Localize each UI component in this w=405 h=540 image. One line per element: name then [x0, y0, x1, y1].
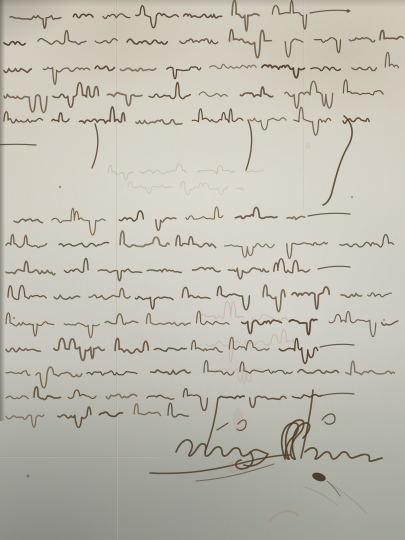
- signature-right: (illegible flourished signature with tri…: [282, 420, 382, 461]
- paragraph-1-line: …estant les caves … seigneur d'avoir: [4, 52, 399, 84]
- ghost-bleed-line: [128, 181, 244, 194]
- ghost-bleed-line: [108, 164, 264, 180]
- paragraph-2-line: …suivant … et moy greffier soubsigné —: [6, 387, 354, 411]
- paragraph-2-line: …Anthoine … baptiste … et: [6, 360, 395, 387]
- paragraph-2-line: …e jour du moys d'aoust par moy grégoire: [6, 231, 393, 258]
- paragraph-2-line: …fait ledit mandement: [6, 403, 189, 427]
- handwriting-layer: …quels et toutes … des caves —…tez dépen…: [0, 0, 405, 540]
- paragraph-1-line: …tez dépendances dudit lieu et place … E…: [4, 30, 403, 58]
- paragraph-2-line: …que … huictante … et du lundy —: [14, 207, 350, 235]
- paragraph-2-line: …sergent trompette de la ville vallée —: [6, 258, 350, 280]
- ink-blot: [311, 471, 327, 483]
- paragraph-1-line: …quels et toutes … des caves —: [10, 0, 350, 31]
- paragraph-1-line: lieux —: [0, 144, 36, 147]
- paragraph-1-line: protection … sauve garde de sa majesté: [4, 107, 369, 135]
- signature-left: (illegible flourished signature, left): [176, 440, 268, 469]
- paragraph-2-line: …dudit mandement … roy et proclamé: [8, 285, 391, 312]
- paragraph-2-line: …présents grégoire villeneufve et … —: [6, 337, 354, 363]
- manuscript-photo: Photograph of a 16th-century French manu…: [0, 0, 405, 540]
- paragraph-1-line: …seigneur Remis … Comme dessus …: [4, 80, 383, 113]
- red-stain-scribble: [214, 368, 263, 384]
